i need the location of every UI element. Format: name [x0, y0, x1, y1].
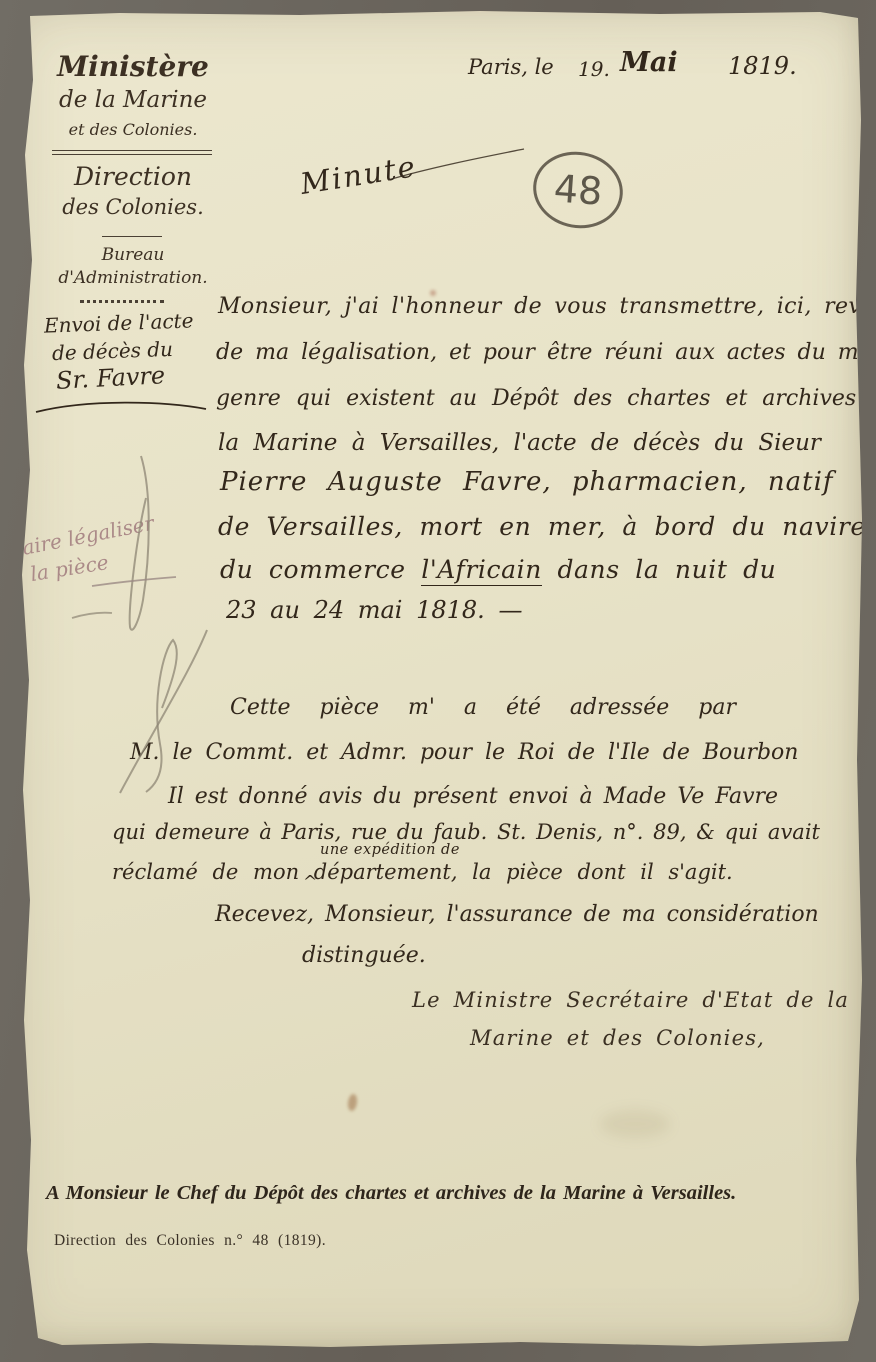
body-line: de ma légalisation, et pour être réuni a… — [216, 340, 876, 365]
paper-smudge — [600, 1110, 670, 1138]
document-page: Ministère de la Marine et des Colonies. … — [0, 0, 876, 1362]
body-line: la Marine à Versailles, l'acte de décès … — [218, 430, 821, 456]
body-line-text: Pierre Auguste Favre, pharmacien, natif — [220, 467, 834, 497]
signature-title-line1: Le Ministre Secrétaire d'Etat de la — [412, 988, 849, 1012]
body-line: Cette pièce m' a été adressée par — [230, 695, 736, 720]
dateline-year: 1819. — [728, 52, 797, 80]
body-line: 23 au 24 mai 1818. — — [226, 596, 522, 624]
margin-note-line1: Envoi de l'acte — [44, 308, 194, 337]
body-line: M. le Commt. et Admr. pour le Roi de l'I… — [130, 740, 798, 765]
closing-text: distinguée. — [302, 943, 426, 968]
bureau-line2: d'Administration. — [40, 268, 226, 288]
dateline-day: 19. — [578, 57, 610, 81]
ministry-name-line1: Ministère — [48, 50, 218, 83]
folio-circle: 48 — [527, 145, 629, 235]
ministry-name-line2: de la Marine — [40, 87, 226, 113]
body-line: Il est donné avis du présent envoi à Mad… — [168, 784, 778, 809]
direction-line2: des Colonies. — [48, 195, 218, 219]
underlined-ship-name: l'Africain — [421, 555, 542, 586]
closing-text: Recevez, Monsieur, l'assurance de ma con… — [215, 902, 819, 927]
minute-annotation: Minute — [298, 149, 419, 201]
body-line: Pierre Auguste Favre, pharmacien, natif — [220, 467, 834, 497]
body-line-text: de ma légalisation, et pour être réuni a… — [216, 340, 876, 365]
pencil-dash-stroke — [72, 613, 112, 618]
margin-note-line3: Sr. Favre — [55, 361, 165, 395]
body-line-text: genre qui existent au Dépôt des chartes … — [216, 386, 876, 411]
letterhead-divider-single — [102, 236, 162, 237]
dateline-place: Paris, le — [468, 55, 554, 79]
folio-number: 48 — [552, 166, 603, 213]
body-line-text: du commerce — [220, 555, 421, 584]
pencil-underline-stroke — [92, 577, 176, 586]
body-line-text: qui demeure à Paris, rue du faub. St. De… — [112, 820, 820, 844]
body-line-text: réclamé de mon département, la pièce don… — [112, 860, 733, 884]
direction-line1: Direction — [48, 162, 218, 191]
interline-insertion: une expédition de — [320, 842, 460, 858]
pencil-flourish-stroke — [120, 630, 207, 793]
reference-line: Direction des Colonies n.° 48 (1819). — [54, 1232, 326, 1250]
ministry-name-line3: et des Colonies. — [48, 120, 218, 139]
signature-title-line2: Marine et des Colonies, — [470, 1026, 765, 1050]
address-line: A Monsieur le Chef du Dépôt des chartes … — [46, 1182, 858, 1205]
bureau-line1: Bureau — [48, 245, 218, 265]
letterhead-divider-double — [52, 150, 212, 155]
body-line-text: dans la nuit du — [542, 555, 776, 584]
body-line: réclamé de mon département, la pièce don… — [112, 860, 733, 884]
closing-line2: distinguée. — [302, 943, 426, 968]
body-line-text: Monsieur, j'ai l'honneur de vous transme… — [218, 294, 876, 319]
body-line-text: de Versailles, mort en mer, à bord du na… — [218, 512, 866, 541]
body-line: qui demeure à Paris, rue du faub. St. De… — [112, 820, 820, 844]
body-line-text: 23 au 24 mai 1818. — — [226, 596, 522, 624]
closing-line1: Recevez, Monsieur, l'assurance de ma con… — [215, 902, 819, 927]
ink-stain — [347, 1093, 358, 1111]
body-line: de Versailles, mort en mer, à bord du na… — [218, 512, 866, 541]
ink-stain — [430, 290, 436, 296]
body-line-text: Cette pièce m' a été adressée par — [230, 695, 736, 720]
scan-backdrop: Ministère de la Marine et des Colonies. … — [0, 0, 876, 1362]
body-line: Monsieur, j'ai l'honneur de vous transme… — [218, 294, 876, 319]
body-line: du commerce l'Africain dans la nuit du — [220, 555, 776, 584]
body-line: genre qui existent au Dépôt des chartes … — [216, 386, 876, 411]
pencil-loop-stroke — [130, 456, 149, 630]
margin-note-flourish-stroke — [36, 403, 206, 412]
letterhead-divider-dotted — [80, 300, 164, 303]
body-line-text: M. le Commt. et Admr. pour le Roi de l'I… — [130, 740, 798, 765]
dateline-month: Mai — [620, 47, 678, 78]
body-line-text: la Marine à Versailles, l'acte de décès … — [218, 430, 821, 456]
pencil-flourish-stroke — [146, 640, 177, 792]
body-line-text: Il est donné avis du présent envoi à Mad… — [168, 784, 778, 809]
